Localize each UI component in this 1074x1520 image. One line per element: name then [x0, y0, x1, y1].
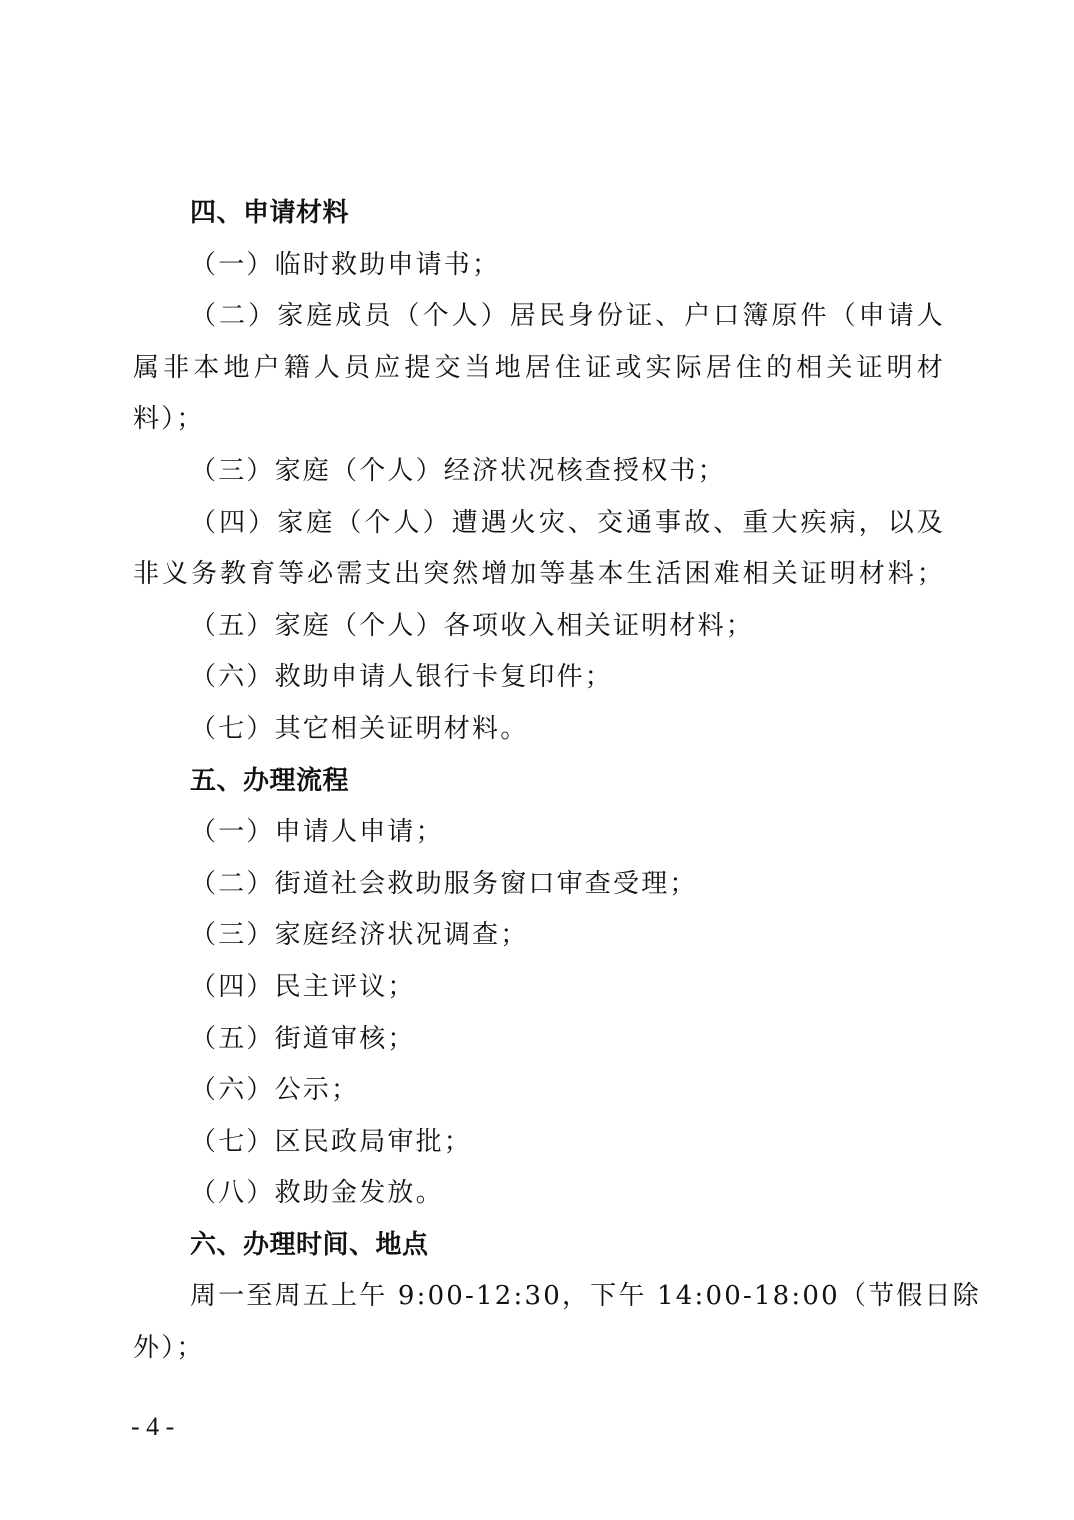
list-item: （一）申请人申请； — [133, 807, 945, 859]
list-item: （二）家庭成员（个人）居民身份证、户口簿原件（申请人 — [133, 291, 945, 343]
list-item: （六）公示； — [133, 1065, 945, 1117]
document-page: 四、申请材料 （一）临时救助申请书； （二）家庭成员（个人）居民身份证、户口簿原… — [133, 188, 945, 1375]
list-item: （二）街道社会救助服务窗口审查受理； — [133, 859, 945, 911]
paragraph-line: 外）； — [133, 1323, 945, 1375]
list-item: （五）街道审核； — [133, 1014, 945, 1066]
section-heading: 四、申请材料 — [133, 188, 945, 240]
section-heading: 五、办理流程 — [133, 756, 945, 808]
list-item: （一）临时救助申请书； — [133, 240, 945, 292]
list-item-continuation: 属非本地户籍人员应提交当地居住证或实际居住的相关证明材 — [133, 343, 945, 395]
list-item-continuation: 料）； — [133, 394, 945, 446]
list-item: （四）民主评议； — [133, 962, 945, 1014]
list-item: （七）区民政局审批； — [133, 1117, 945, 1169]
list-item: （六）救助申请人银行卡复印件； — [133, 652, 945, 704]
page-number: - 4 - — [131, 1412, 174, 1442]
list-item: （八）救助金发放。 — [133, 1168, 945, 1220]
list-item: （四）家庭（个人）遭遇火灾、交通事故、重大疾病，以及 — [133, 498, 945, 550]
paragraph-line: 周一至周五上午 9:00-12:30，下午 14:00-18:00（节假日除 — [133, 1271, 945, 1323]
list-item: （三）家庭（个人）经济状况核查授权书； — [133, 446, 945, 498]
list-item: （七）其它相关证明材料。 — [133, 704, 945, 756]
list-item: （三）家庭经济状况调查； — [133, 910, 945, 962]
list-item: （五）家庭（个人）各项收入相关证明材料； — [133, 601, 945, 653]
section-heading: 六、办理时间、地点 — [133, 1220, 945, 1272]
list-item-continuation: 非义务教育等必需支出突然增加等基本生活困难相关证明材料； — [133, 549, 945, 601]
